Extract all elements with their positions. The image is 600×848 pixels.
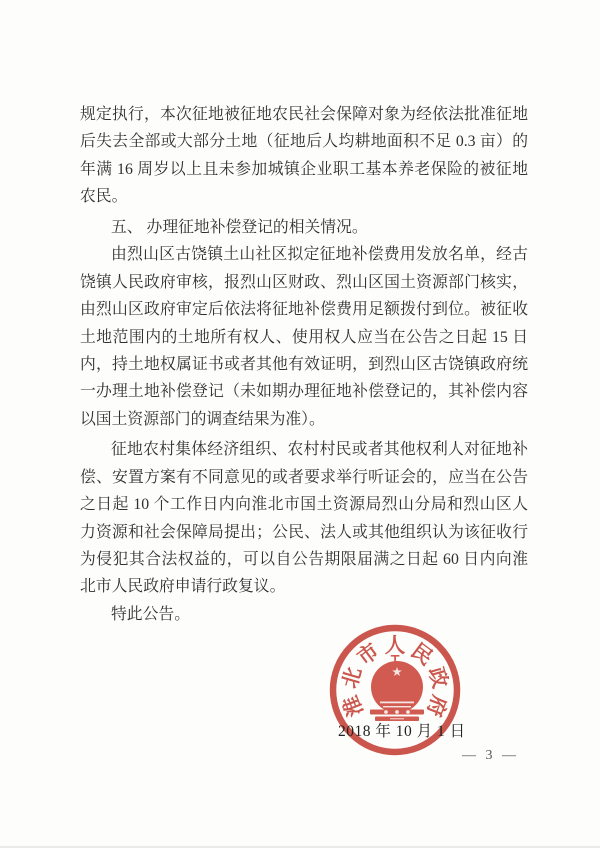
seal-char: 府	[422, 692, 452, 720]
text-line: 力资源和社会保障局提出；公民、法人或其他组织认为该征收行	[80, 519, 528, 546]
seal-char: 人	[385, 634, 406, 657]
text-line: 五、 办理征地补偿登记的相关情况。	[80, 214, 528, 241]
text-line: 饶镇人民政府审核，报烈山区财政、烈山区国土资源部门核实，	[80, 269, 528, 296]
paragraph: 规定执行，本次征地被征地农民社会保障对象为经依法批准征地后失去全部或大部分土地（…	[80, 101, 528, 211]
page-number: — 3 —	[462, 748, 519, 764]
text-line: 为侵犯其合法权益的，可以自公告期限届满之日起 60 日内向淮	[80, 546, 528, 573]
paragraph: 征地农村集体经济组织、农村村民或者其他权利人对征地补偿、安置方案有不同意见的或者…	[80, 436, 528, 601]
document-body: 规定执行，本次征地被征地农民社会保障对象为经依法批准征地后失去全部或大部分土地（…	[80, 101, 528, 628]
text-line: 土地范围内的土地所有权人、使用权人应当在公告之日起 15 日	[80, 324, 528, 351]
text-line: 一办理土地补偿登记（未如期办理征地补偿登记的，其补偿内容	[80, 378, 528, 405]
text-line: 内，持土地权属证书或者其他有效证明，到烈山区古饶镇政府统	[80, 351, 528, 378]
seal-char: 淮	[338, 692, 368, 720]
text-line: 以国土资源部门的调查结果为准）。	[80, 406, 528, 433]
text-line: 农民。	[80, 183, 528, 210]
text-line: 年满 16 周岁以上且未参加城镇企业职工基本养老保险的被征地	[80, 156, 528, 183]
text-line: 由烈山区政府审定后依法将征地补偿费用足额拨付到位。被征收	[80, 296, 528, 323]
scanned-page: 规定执行，本次征地被征地农民社会保障对象为经依法批准征地后失去全部或大部分土地（…	[0, 0, 600, 848]
text-line: 后失去全部或大部分土地（征地后人均耕地面积不足 0.3 亩）的	[80, 128, 528, 155]
text-line: 偿、安置方案有不同意见的或者要求举行听证会的，应当在公告	[80, 464, 528, 491]
text-line: 规定执行，本次征地被征地农民社会保障对象为经依法批准征地	[80, 101, 528, 128]
text-line: 征地农村集体经济组织、农村村民或者其他权利人对征地补	[80, 436, 528, 463]
seal-char: 政	[424, 664, 453, 691]
issue-date: 2018 年 10 月 1 日	[338, 719, 488, 741]
paragraph: 由烈山区古饶镇土山社区拟定征地补偿费用发放名单，经古饶镇人民政府审核，报烈山区财…	[80, 241, 528, 433]
text-line: 之日起 10 个工作日内向淮北市国土资源局烈山分局和烈山区人	[80, 491, 528, 518]
official-seal: 淮 北 市 人 民 政 府	[320, 615, 470, 765]
seal-char: 北	[338, 664, 366, 691]
paragraph: 五、 办理征地补偿登记的相关情况。	[80, 214, 528, 241]
text-line: 由烈山区古饶镇土山社区拟定征地补偿费用发放名单，经古	[80, 241, 528, 268]
text-line: 北市人民政府申请行政复议。	[80, 573, 528, 600]
